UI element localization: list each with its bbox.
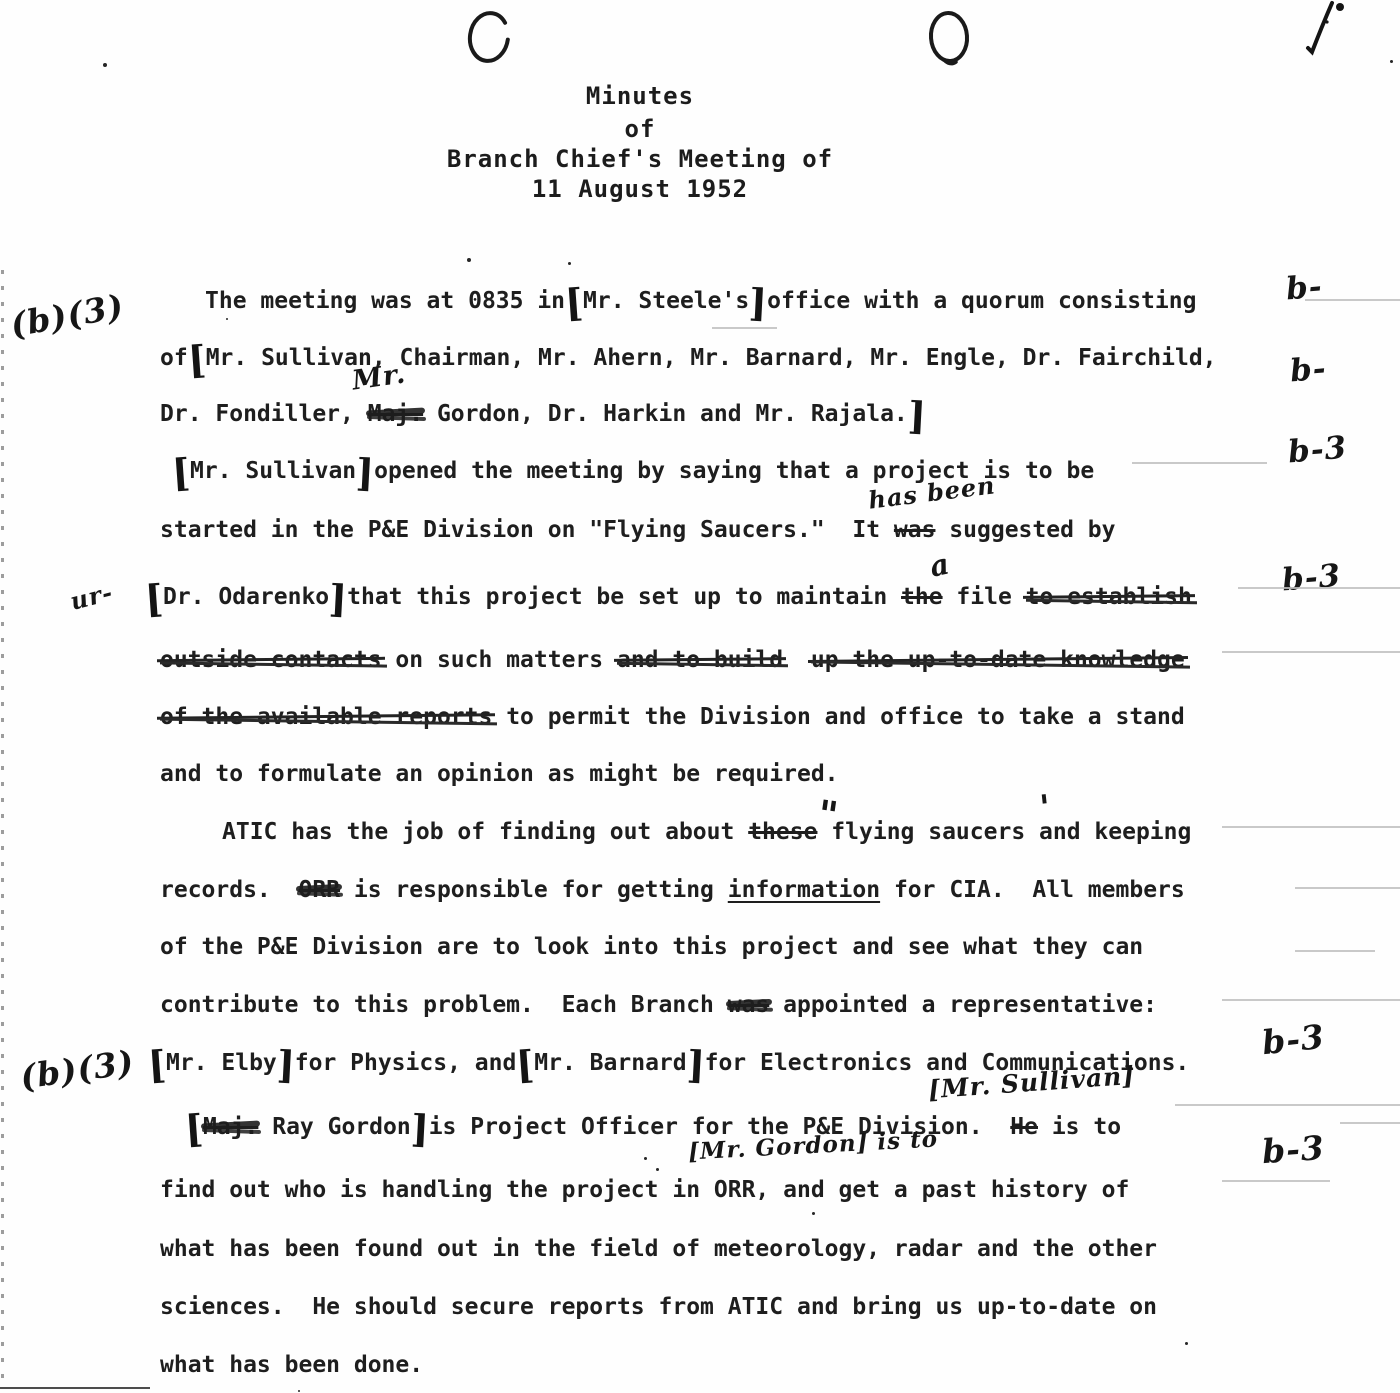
- scribbled-out-text: was: [728, 992, 770, 1018]
- document-line: records. ORR is responsible for getting …: [160, 877, 1185, 903]
- hand-bracket: [: [184, 1116, 204, 1140]
- typed-text: of: [160, 345, 188, 371]
- scan-artifact-line: [1305, 299, 1400, 301]
- typed-text: for Physics, and: [295, 1050, 517, 1076]
- scanned-document-page: Minutes of Branch Chief's Meeting of 11 …: [0, 0, 1400, 1393]
- oval-mark: [922, 8, 978, 70]
- typed-text: Ray Gordon: [258, 1114, 410, 1140]
- title-line: of: [0, 115, 1280, 143]
- struck-text: these: [748, 819, 817, 845]
- typed-text: Gordon, Dr. Harkin and Mr. Rajala.: [423, 401, 908, 427]
- scan-speck: [568, 262, 571, 265]
- typed-text: records.: [160, 877, 298, 903]
- scan-artifact-line: [1222, 826, 1400, 828]
- hand-bracket: [: [187, 347, 207, 371]
- scribbled-out-text: Maj.: [368, 401, 423, 427]
- struck-text: He: [1010, 1114, 1038, 1140]
- document-line: what has been found out in the field of …: [160, 1236, 1157, 1262]
- scan-speck: [298, 1390, 300, 1392]
- document-line: of the available reports to permit the D…: [160, 704, 1185, 730]
- slash-mark: [1280, 0, 1350, 62]
- typed-text: what has been done.: [160, 1352, 423, 1378]
- typed-text: Dr. Odarenko: [163, 584, 329, 610]
- document-line: The meeting was at 0835 in[Mr. Steele's]…: [205, 288, 1196, 314]
- margin-mark-b3: b-3: [1261, 1128, 1326, 1171]
- document-line: outside contacts on such matters and to …: [160, 647, 1185, 673]
- scan-artifact-line: [1295, 950, 1375, 952]
- scan-artifact-line: [1222, 1180, 1330, 1182]
- typed-text: The meeting was at 0835 in: [205, 288, 565, 314]
- scribbled-out-text: ORR: [298, 877, 340, 903]
- title-line: Branch Chief's Meeting of: [0, 145, 1280, 173]
- scan-artifact-line: [1132, 462, 1267, 464]
- foia-exemption-b3-left-bottom: (b)(3): [18, 1042, 137, 1097]
- struck-text: outside contacts: [160, 647, 382, 673]
- typed-text: Mr. Barnard: [534, 1050, 686, 1076]
- typed-text: what has been found out in the field of …: [160, 1236, 1157, 1262]
- typed-text: Dr. Fondiller,: [160, 401, 368, 427]
- typed-text: find out who is handling the project in …: [160, 1177, 1129, 1203]
- struck-text: the: [901, 584, 943, 610]
- typed-text: of the P&E Division are to look into thi…: [160, 934, 1143, 960]
- scan-speck: [1185, 1342, 1188, 1345]
- document-line: Dr. Fondiller, Maj. Gordon, Dr. Harkin a…: [160, 401, 926, 427]
- scan-speck: [226, 318, 228, 320]
- hand-bracket: ]: [329, 587, 348, 611]
- hand-bracket: [: [144, 586, 164, 610]
- scan-artifact-line: [712, 327, 777, 329]
- hand-bracket: ]: [356, 461, 375, 485]
- struck-text: and to build: [617, 647, 783, 673]
- typed-text: Mr. Steele's: [583, 288, 749, 314]
- hand-bracket: [: [147, 1052, 167, 1076]
- typed-text: file: [943, 584, 1026, 610]
- document-line: what has been done.: [160, 1352, 423, 1378]
- scan-artifact-line: [0, 1387, 150, 1389]
- hand-bracket: [: [171, 460, 191, 484]
- margin-mark-b3: b-: [1289, 350, 1329, 389]
- scan-artifact-line: [1238, 587, 1400, 589]
- document-line: and to formulate an opinion as might be …: [160, 761, 839, 787]
- document-line: contribute to this problem. Each Branch …: [160, 992, 1157, 1018]
- scan-speck: [656, 1168, 659, 1171]
- typed-text: flying saucers and keeping: [817, 819, 1191, 845]
- typed-text: appointed a representative:: [769, 992, 1157, 1018]
- struck-text: was: [894, 517, 936, 543]
- typed-text: [783, 647, 811, 673]
- scan-artifact-line: [1222, 999, 1400, 1001]
- margin-mark-b3: b-: [1285, 268, 1325, 307]
- foia-exemption-b3-left-top: (b)(3): [7, 286, 127, 344]
- document-line: [Maj. Ray Gordon]is Project Officer for …: [185, 1114, 1121, 1140]
- title-line: 11 August 1952: [0, 175, 1280, 203]
- document-line: of[Mr. Sullivan, Chairman, Mr. Ahern, Mr…: [160, 345, 1217, 371]
- document-line: started in the P&E Division on "Flying S…: [160, 517, 1115, 543]
- hand-bracket: ]: [749, 291, 768, 315]
- typed-text: office with a quorum consisting: [767, 288, 1196, 314]
- struck-text: to establish: [1026, 584, 1192, 610]
- typed-text: Mr. Elby: [166, 1050, 277, 1076]
- title-line: Minutes: [0, 82, 1280, 110]
- typed-text: contribute to this problem. Each Branch: [160, 992, 728, 1018]
- handwritten-margin-note: ur-: [67, 577, 116, 616]
- struck-text: up the up-to-date knowledge: [811, 647, 1185, 673]
- hand-bracket: ]: [686, 1053, 705, 1077]
- typed-text: ATIC has the job of finding out about: [222, 819, 748, 845]
- document-line: find out who is handling the project in …: [160, 1177, 1129, 1203]
- typed-text: to permit the Division and office to tak…: [492, 704, 1184, 730]
- margin-mark-b3: b-3: [1287, 429, 1349, 470]
- hand-bracket: [: [564, 290, 584, 314]
- scan-artifact-line: [1340, 1122, 1400, 1124]
- margin-mark-b3: b-3: [1260, 1017, 1326, 1062]
- document-line: sciences. He should secure reports from …: [160, 1294, 1157, 1320]
- typed-text: information: [728, 877, 880, 903]
- hand-bracket: ]: [410, 1117, 429, 1141]
- typed-text: suggested by: [935, 517, 1115, 543]
- hand-bracket: [: [516, 1052, 536, 1076]
- typed-text: and to formulate an opinion as might be …: [160, 761, 839, 787]
- typed-text: is responsible for getting: [340, 877, 728, 903]
- document-line: [Dr. Odarenko]that this project be set u…: [145, 584, 1192, 610]
- scan-edge-noise: [1, 270, 4, 1380]
- typed-text: sciences. He should secure reports from …: [160, 1294, 1157, 1320]
- struck-text: of the available reports: [160, 704, 492, 730]
- margin-mark-b3: b-3: [1281, 557, 1343, 598]
- scan-artifact-line: [1222, 651, 1400, 653]
- scan-speck: [644, 1157, 647, 1160]
- scribbled-out-text: Maj.: [203, 1114, 258, 1140]
- scan-artifact-line: [1175, 1104, 1400, 1106]
- typed-text: Mr. Sullivan: [190, 458, 356, 484]
- handwritten-correction-a: a: [927, 546, 953, 583]
- hand-bracket: ]: [907, 404, 926, 428]
- handwritten-correction-mr: Mr.: [350, 358, 408, 396]
- scan-artifact-line: [1295, 887, 1400, 889]
- document-line: of the P&E Division are to look into thi…: [160, 934, 1143, 960]
- typed-text: is to: [1038, 1114, 1121, 1140]
- typed-text: on such matters: [382, 647, 617, 673]
- scan-speck: [467, 258, 471, 262]
- scan-speck: [812, 1212, 815, 1215]
- scan-speck: [103, 63, 107, 67]
- typed-text: started in the P&E Division on "Flying S…: [160, 517, 894, 543]
- scan-speck: [1390, 60, 1393, 63]
- typed-text: for CIA. All members: [880, 877, 1185, 903]
- typed-text: that this project be set up to maintain: [347, 584, 901, 610]
- oval-mark: [462, 6, 520, 68]
- hand-bracket: ]: [276, 1053, 295, 1077]
